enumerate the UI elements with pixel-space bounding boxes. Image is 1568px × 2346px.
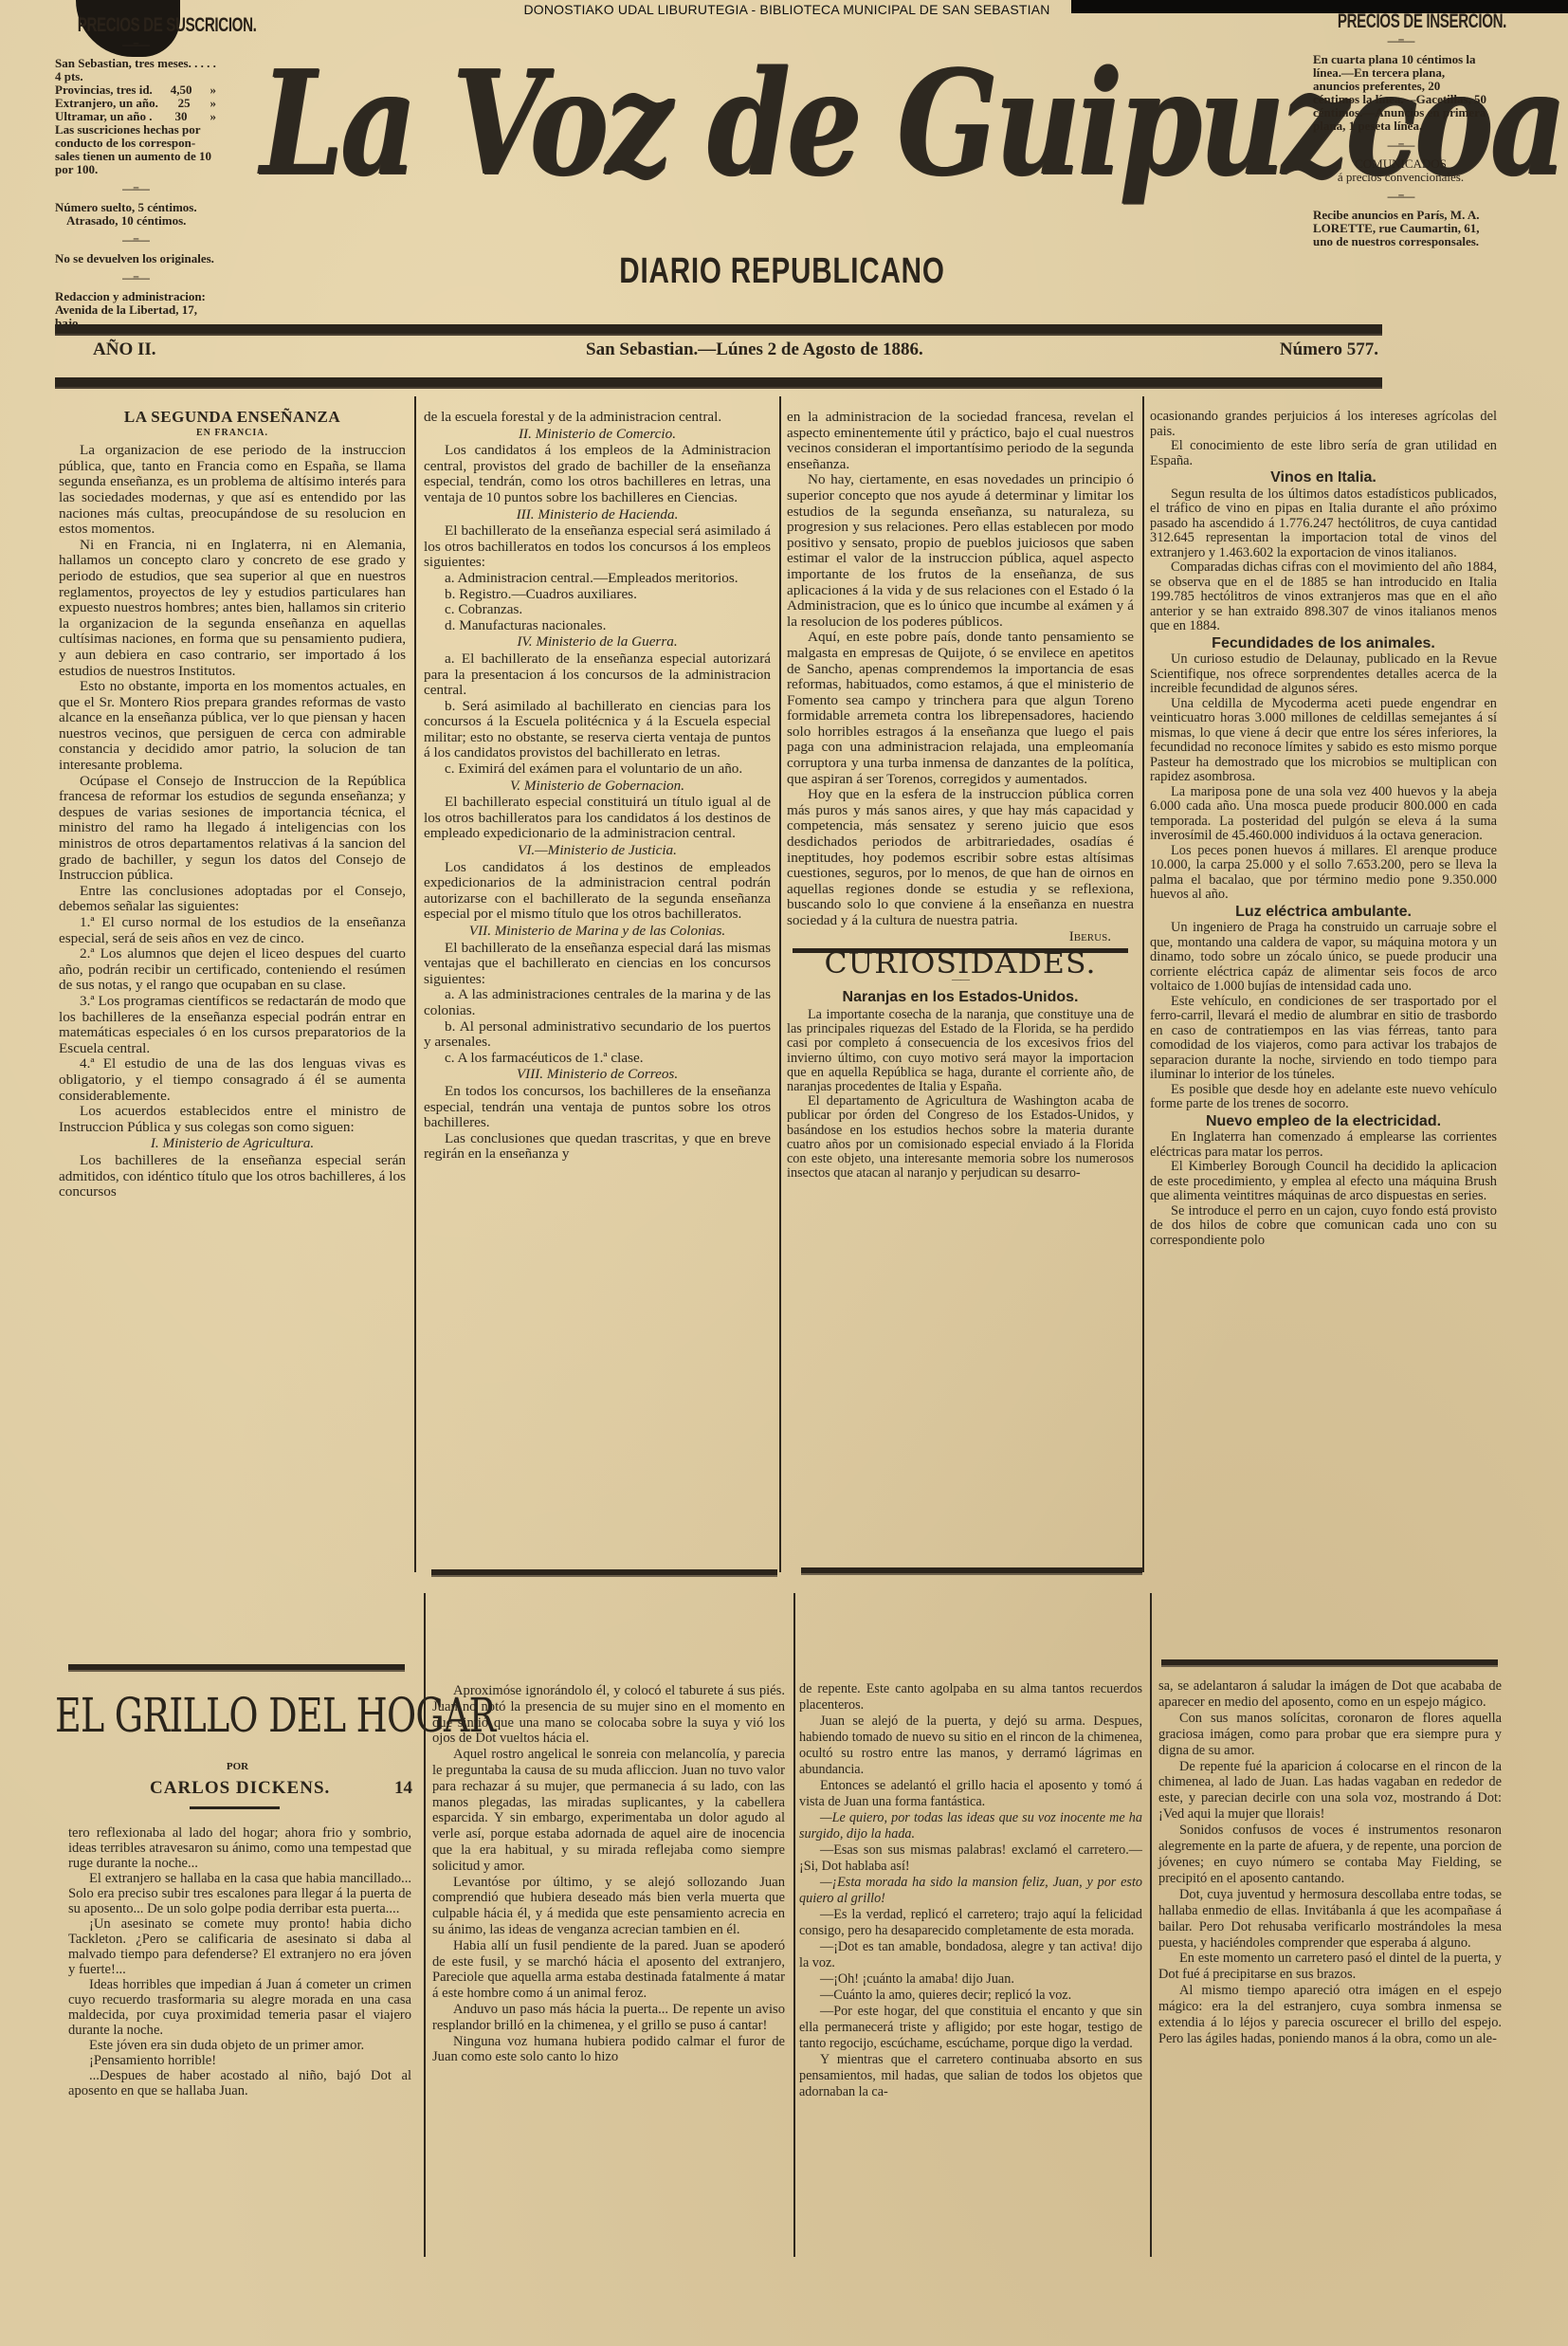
conclusion-item: 2.ª Los alumnos que dejen el liceo despu… (59, 946, 406, 994)
single-issue-price: Número suelto, 5 céntimos. (55, 201, 216, 214)
column-divider (1150, 1593, 1152, 2257)
ornament: —=— (1313, 34, 1488, 47)
list-item: c. Cobranzas. (424, 602, 771, 618)
paragraph: tero reflexionaba al lado del hogar; aho… (68, 1825, 411, 1871)
comunicados-text: á precios convencionales. (1313, 171, 1488, 184)
paragraph: La importante cosecha de la naranja, que… (787, 1008, 1134, 1094)
masthead-title: La Voz de Guipuzcoa (261, 38, 1123, 275)
paragraph: El conocimiento de este libro sería de g… (1150, 439, 1497, 468)
column-divider (779, 396, 781, 1572)
dialogue: —Por este hogar, del que constituia el e… (799, 2004, 1142, 2052)
paragraph: Dot, cuya juventud y hermosura descollab… (1158, 1887, 1502, 1952)
paragraph: Los bachilleres de la enseñanza especial… (59, 1153, 406, 1200)
paragraph: El Kimberley Borough Council ha decidido… (1150, 1160, 1497, 1204)
column-divider (793, 1593, 795, 2257)
originals-note: No se devuelven los originales. (55, 252, 216, 266)
folletin-rule (1161, 1659, 1498, 1667)
folletin-rule (431, 1569, 777, 1577)
paragraph: Ideas horribles que impedian á Juan á co… (68, 1977, 411, 2038)
paragraph: en la administracion de la sociedad fran… (787, 410, 1134, 472)
item-title: Naranjas en los Estados-Unidos. (787, 990, 1134, 1006)
paragraph: El bachillerato de la enseñanza especial… (424, 523, 771, 571)
ornament: —=— (55, 271, 216, 284)
list-item: d. Manufacturas nacionales. (424, 618, 771, 634)
dialogue: —¡Esta morada ha sido la mansion feliz, … (799, 1875, 1142, 1907)
paragraph: Juan se alejó de la puerta, y dejó su ar… (799, 1714, 1142, 1778)
ornament: —=— (1313, 190, 1488, 203)
serial-author: CARLOS DICKENS. (150, 1778, 330, 1799)
paragraph: ¡Un asesinato se comete muy pronto! habi… (68, 1916, 411, 1977)
header-rule (55, 324, 1382, 336)
price-row: Provincias, tres id.4,50» (55, 83, 216, 97)
ornament: —=— (55, 233, 216, 247)
ornament: —=— (55, 182, 216, 195)
ornament: —=— (1313, 138, 1488, 152)
paragraph: En este momento un carretero pasó el din… (1158, 1951, 1502, 1983)
item-title: Luz eléctrica ambulante. (1150, 905, 1497, 920)
paragraph: La mariposa pone de una sola vez 400 hue… (1150, 785, 1497, 844)
dialogue: —¡Oh! ¡cuánto la amaba! dijo Juan. (799, 1971, 1142, 1988)
article-segunda-ensenanza-cont: de la escuela forestal y de la administr… (424, 410, 771, 1163)
dialogue: —Es la verdad, replicó el carretero; tra… (799, 1907, 1142, 1939)
paragraph: Anduvo un paso más hácia la puerta... De… (432, 2002, 785, 2034)
paragraph: ocasionando grandes perjuicios á los int… (1150, 410, 1497, 439)
paragraph: Los candidatos á los empleos de la Admin… (424, 443, 771, 505)
paragraph: Los peces ponen huevos á millares. El ar… (1150, 844, 1497, 903)
paragraph: Ninguna voz humana hubiera podido calmar… (432, 2034, 785, 2066)
paragraph: No hay, ciertamente, en esas novedades u… (787, 472, 1134, 630)
paragraph: sa, se adelantaron á saludar la imágen d… (1158, 1678, 1502, 1711)
serial-by: POR (55, 1761, 420, 1772)
ministry-heading: VII. Ministerio de Marina y de las Colon… (424, 924, 771, 940)
conclusion-item: 3.ª Los programas científicos se redacta… (59, 994, 406, 1056)
paragraph: Ni en Francia, ni en Inglaterra, ni en A… (59, 538, 406, 679)
ministry-heading: IV. Ministerio de la Guerra. (424, 634, 771, 651)
paragraph: Las conclusiones que quedan trascritas, … (424, 1131, 771, 1163)
paris-agent: Recibe anuncios en París, M. A. LORETTE,… (1313, 209, 1488, 248)
newspaper-page: DONOSTIAKO UDAL LIBURUTEGIA - BIBLIOTECA… (0, 0, 1568, 2346)
dialogue: —Esas son sus mismas palabras! exclamó e… (799, 1842, 1142, 1875)
insertion-title: PRECIOS DE INSERCION. (1338, 15, 1464, 28)
paragraph: de la escuela forestal y de la administr… (424, 410, 771, 426)
item-title: Fecundidades de los animales. (1150, 636, 1497, 651)
item-title: Vinos en Italia. (1150, 470, 1497, 486)
year-label: AÑO II. (93, 339, 156, 360)
price-row: San Sebastian, tres meses. . . . . 4 pts… (55, 57, 216, 83)
section-title-curiosidades: CURIOSIDADES. (778, 957, 1142, 973)
paragraph: En todos los concursos, los bachilleres … (424, 1084, 771, 1131)
paragraph: Levantóse por último, y se alejó solloza… (432, 1875, 785, 1938)
ministry-heading: V. Ministerio de Gobernacion. (424, 779, 771, 795)
paragraph: Este vehículo, en condiciones de ser tra… (1150, 995, 1497, 1083)
paragraph: El extranjero se hallaba en la casa que … (68, 1871, 411, 1916)
subscription-box: PRECIOS DE SUSCRICION. —=— San Sebastian… (55, 19, 216, 330)
serial-title: EL GRILLO DEL HOGAR (55, 1688, 333, 1743)
list-item: a. A las administraciones centrales de l… (424, 987, 771, 1018)
paragraph: ...Despues de haber acostado al niño, ba… (68, 2068, 411, 2099)
list-item: b. Será asimilado al bachillerato en cie… (424, 699, 771, 761)
dialogue: —¡Dot es tan amable, bondadosa, alegre y… (799, 1939, 1142, 1971)
paragraph: de repente. Este canto agolpaba en su al… (799, 1681, 1142, 1714)
conclusion-item: 4.ª El estudio de una de las dos lenguas… (59, 1056, 406, 1104)
paragraph: Al mismo tiempo apareció otra imágen en … (1158, 1983, 1502, 2047)
paragraph: Habia allí un fusil pendiente de la pare… (432, 1938, 785, 2002)
paragraph: En Inglaterra han comenzado á emplearse … (1150, 1130, 1497, 1160)
serial-column-4: sa, se adelantaron á saludar la imágen d… (1158, 1678, 1502, 2047)
issue-number: Número 577. (1280, 339, 1378, 360)
paragraph: De repente fué la aparicion á colocarse … (1158, 1759, 1502, 1824)
paragraph: La organizacion de ese periodo de la ins… (59, 443, 406, 538)
article-segunda-ensenanza-end: en la administracion de la sociedad fran… (787, 410, 1134, 1181)
paragraph: Un curioso estudio de Delaunay, publicad… (1150, 652, 1497, 697)
dialogue: —Cuánto la amo, quieres decir; replicó l… (799, 1988, 1142, 2004)
list-item: c. A los farmacéuticos de 1.ª clase. (424, 1051, 771, 1067)
ministry-heading: I. Ministerio de Agricultura. (59, 1136, 406, 1152)
paragraph: Los acuerdos establecidos entre el minis… (59, 1104, 406, 1135)
paragraph: Hoy que en la esfera de la instruccion p… (787, 787, 1134, 928)
dateline: AÑO II. San Sebastian.—Lúnes 2 de Agosto… (55, 339, 1382, 368)
insertion-rates: En cuarta plana 10 céntimos la línea.—En… (1313, 53, 1488, 133)
list-item: c. Eximirá del exámen para el voluntario… (424, 761, 771, 778)
serial-rule (190, 1806, 280, 1809)
list-item: b. Registro.—Cuadros auxiliares. (424, 587, 771, 603)
item-title: Nuevo empleo de la electricidad. (1150, 1114, 1497, 1129)
paragraph: Una celdilla de Mycoderma aceti puede en… (1150, 697, 1497, 785)
insertion-box: PRECIOS DE INSERCION. —=— En cuarta plan… (1313, 15, 1488, 248)
subscription-title: PRECIOS DE SUSCRICION. (78, 19, 193, 32)
price-row: Extranjero, un año.25» (55, 97, 216, 110)
price-row: Ultramar, un año .30» (55, 110, 216, 123)
paragraph: Entonces se adelantó el grillo hacia el … (799, 1778, 1142, 1810)
folletin-rule (801, 1567, 1142, 1575)
place-date: San Sebastian.—Lúnes 2 de Agosto de 1886… (586, 339, 923, 360)
paragraph: Comparadas dichas cifras con el movimien… (1150, 560, 1497, 634)
archive-stamp: DONOSTIAKO UDAL LIBURUTEGIA - BIBLIOTECA… (474, 2, 1100, 17)
ministry-heading: VIII. Ministerio de Correos. (424, 1067, 771, 1083)
paragraph: El bachillerato de la enseñanza especial… (424, 941, 771, 988)
masthead-subtitle: DIARIO REPUBLICANO (609, 251, 957, 292)
paragraph: Sonidos confusos de voces é instrumentos… (1158, 1823, 1502, 1887)
serial-column-3: de repente. Este canto agolpaba en su al… (799, 1681, 1142, 2100)
list-item: a. Administracion central.—Empleados mer… (424, 571, 771, 587)
ministry-heading: VI.—Ministerio de Justicia. (424, 843, 771, 859)
ornament: —=— (55, 38, 216, 51)
column-divider (414, 396, 416, 1572)
dialogue: —Le quiero, por todas las ideas que su v… (799, 1810, 1142, 1842)
paragraph: Aproximóse ignorándolo él, y colocó el t… (432, 1683, 785, 1747)
paragraph: ¡Pensamiento horrible! (68, 2053, 411, 2068)
author-signature: Iberus. (787, 929, 1134, 945)
serial-column-1: tero reflexionaba al lado del hogar; aho… (68, 1825, 411, 2099)
paragraph: Con sus manos solícitas, coronaron de fl… (1158, 1711, 1502, 1759)
paragraph: Aquel rostro angelical le sonreia con me… (432, 1747, 785, 1874)
ministry-heading: II. Ministerio de Comercio. (424, 427, 771, 443)
list-item: b. Al personal administrativo secundario… (424, 1019, 771, 1051)
serial-column-2: Aproximóse ignorándolo él, y colocó el t… (432, 1683, 785, 2065)
list-item: a. El bachillerato de la enseñanza espec… (424, 651, 771, 699)
serial-installment: 14 (394, 1778, 412, 1799)
paragraph: Aquí, en este pobre país, donde tanto pe… (787, 630, 1134, 787)
paragraph: Entre las conclusiones adoptadas por el … (59, 884, 406, 915)
dateline-rule (55, 377, 1382, 389)
paragraph: Es posible que desde hoy en adelante est… (1150, 1083, 1497, 1112)
paragraph: El bachillerato especial constituirá un … (424, 795, 771, 842)
column-divider (1142, 396, 1144, 1572)
back-issue-price: Atrasado, 10 céntimos. (55, 214, 216, 228)
comunicados-title: COMUNICADOS (1313, 157, 1488, 171)
paragraph: Los candidatos á los destinos de emplead… (424, 860, 771, 923)
paragraph: Un ingeniero de Praga ha construido un c… (1150, 921, 1497, 995)
ministry-heading: III. Ministerio de Hacienda. (424, 507, 771, 523)
curiosidades-column: ocasionando grandes perjuicios á los int… (1150, 410, 1497, 1248)
paragraph: Ocúpase el Consejo de Instruccion de la … (59, 774, 406, 884)
paragraph: Y mientras que el carretero continuaba a… (799, 2052, 1142, 2100)
paragraph: Este jóven era sin duda objeto de un pri… (68, 2038, 411, 2053)
article-title: LA SEGUNDA ENSEÑANZA (59, 410, 406, 426)
surcharge-note: Las suscriciones hechas por conducto de … (55, 123, 216, 176)
paragraph: Segun resulta de los últimos datos estad… (1150, 487, 1497, 561)
conclusion-item: 1.ª El curso normal de los estudios de l… (59, 915, 406, 946)
article-subtitle: EN FRANCIA. (59, 426, 406, 442)
paragraph: El departamento de Agricultura de Washin… (787, 1094, 1134, 1181)
folletin-rule (68, 1664, 405, 1672)
paragraph: Se introduce el perro en un cajon, cuyo … (1150, 1204, 1497, 1249)
paragraph: Esto no obstante, importa en los momento… (59, 679, 406, 774)
article-segunda-ensenanza: LA SEGUNDA ENSEÑANZA EN FRANCIA. La orga… (59, 410, 406, 1200)
